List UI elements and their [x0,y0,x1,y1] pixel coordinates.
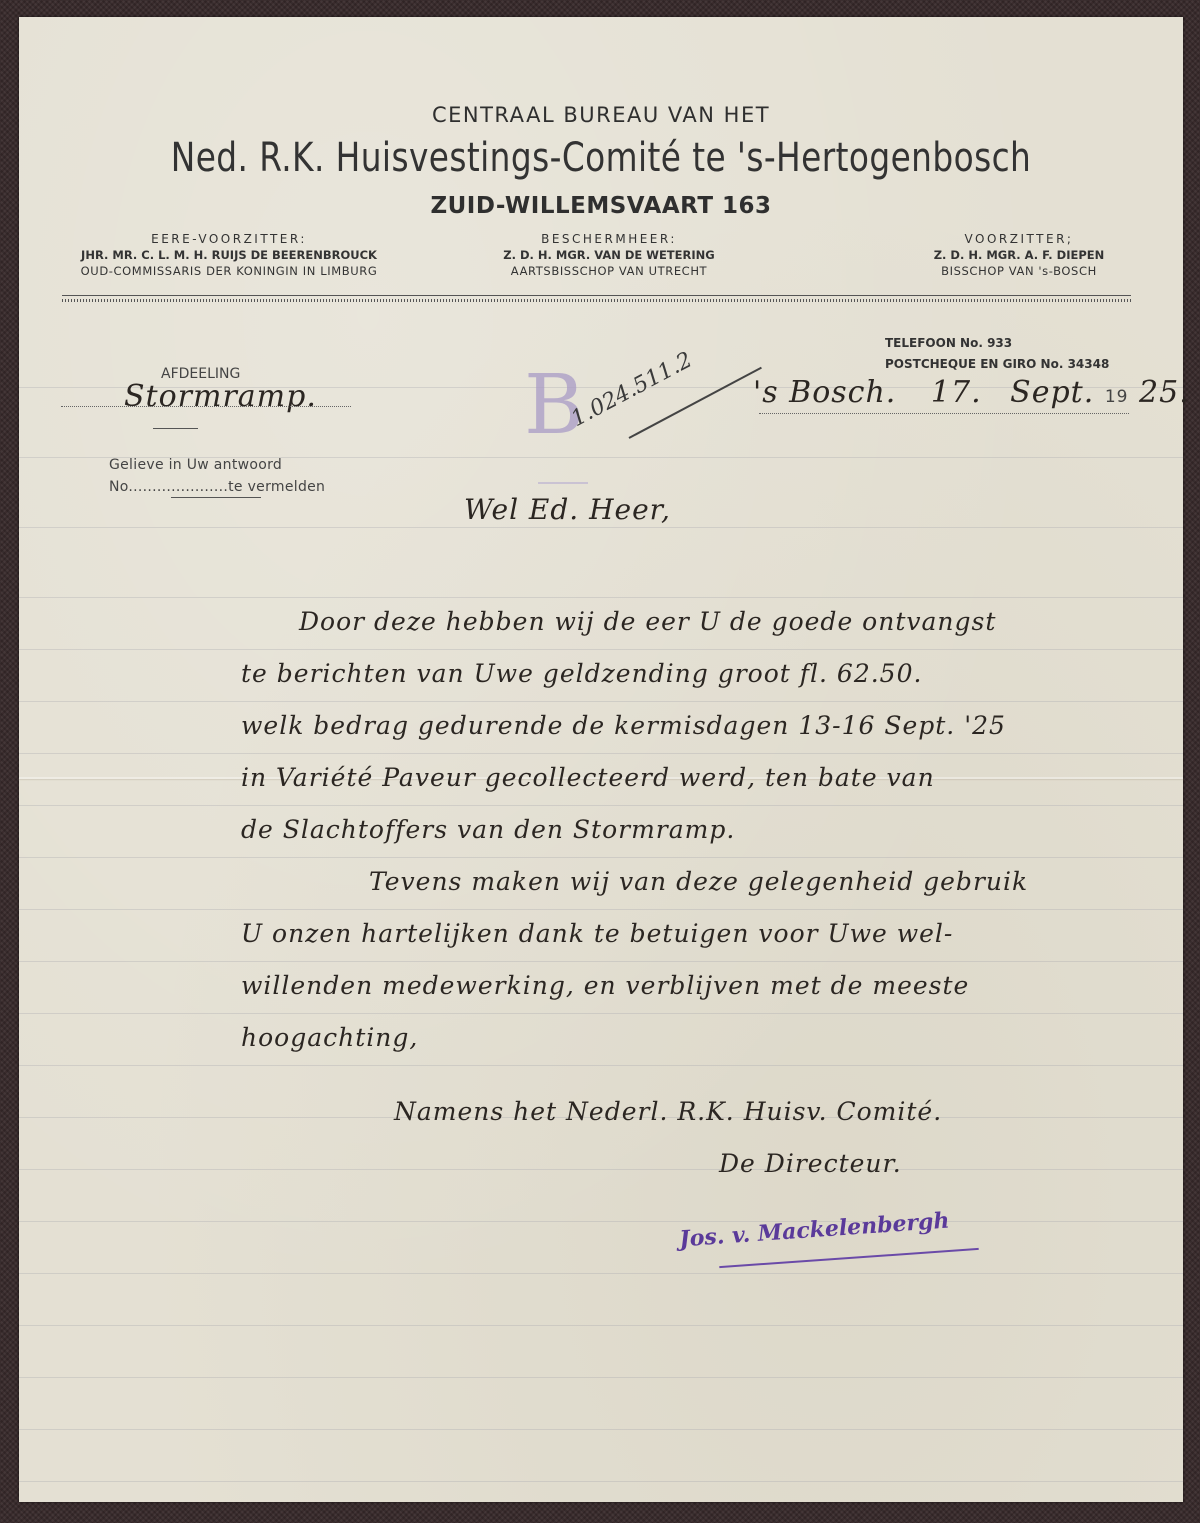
body-line: te berichten van Uwe geldzending groot f… [241,659,922,688]
body-line: U onzen hartelijken dank te betuigen voo… [241,919,953,948]
officer-chair: VOORZITTER; Z. D. H. MGR. A. F. DIEPEN B… [899,232,1139,278]
letterhead-address: ZUID-WILLEMSVAART 163 [19,193,1183,219]
ruling-line [19,1377,1183,1378]
letterhead-divider [62,295,1131,302]
signature: Jos. v. Mackelenbergh [678,1208,950,1253]
ruling-line [19,753,1183,754]
ruling-line [19,649,1183,650]
date-place: 's Bosch. [753,375,896,410]
reference-number: 1.024.511.2 [567,348,696,432]
closing-line1: Namens het Nederl. R.K. Huisv. Comité. [394,1097,942,1126]
officer-title: AARTSBISSCHOP VAN UTRECHT [459,264,759,278]
letter-paper: CENTRAAL BUREAU VAN HET Ned. R.K. Huisve… [19,17,1183,1502]
body-line: welk bedrag gedurende de kermisdagen 13-… [241,711,1006,740]
telephone: TELEFOON No. 933 [885,333,1109,354]
contact-block: TELEFOON No. 933 POSTCHEQUE EN GIRO No. … [885,333,1109,375]
ruling-line [19,1429,1183,1430]
officer-name: Z. D. H. MGR. VAN DE WETERING [459,248,759,262]
signature-underline [719,1248,979,1268]
closing-line2: De Directeur. [719,1149,902,1178]
date-line: 's Bosch. 17. Sept. 19 25. [753,375,1190,410]
reply-instruction: Gelieve in Uw antwoord No...............… [109,454,325,498]
letterhead-line1: CENTRAAL BUREAU VAN HET [19,103,1183,127]
ruling-line [19,1273,1183,1274]
officer-role: BESCHERMHEER: [459,232,759,246]
officer-role: EERE-VOORZITTER: [49,232,409,246]
letterhead-organization: Ned. R.K. Huisvestings-Comité te 's-Hert… [124,135,1078,181]
afdeeling-value: Stormramp. [124,379,317,414]
date-year-prefix: 19 [1105,387,1129,407]
ruling-line [19,805,1183,806]
officer-name: Z. D. H. MGR. A. F. DIEPEN [899,248,1139,262]
short-rule [153,428,198,429]
officer-title: OUD-COMMISSARIS DER KONINGIN IN LIMBURG [49,264,409,278]
body-line: willenden medewerking, en verblijven met… [241,971,969,1000]
date-dotted-line [759,412,1129,414]
officer-patron: BESCHERMHEER: Z. D. H. MGR. VAN DE WETER… [459,232,759,278]
ruling-line [19,701,1183,702]
afdeeling-dotted-line [61,405,351,407]
body-line: Door deze hebben wij de eer U de goede o… [299,607,996,636]
officer-name: JHR. MR. C. L. M. H. RUIJS DE BEERENBROU… [49,248,409,262]
reply-line2: No.....................te vermelden [109,476,325,498]
date-month: Sept. [1010,375,1094,410]
body-line: hoogachting, [241,1023,418,1052]
reply-line1: Gelieve in Uw antwoord [109,454,325,476]
ruling-line [19,1013,1183,1014]
date-year-suffix: 25. [1139,375,1190,410]
ruling-line [19,1325,1183,1326]
ruling-line [19,1221,1183,1222]
ruling-line [19,597,1183,598]
ruling-line [19,1169,1183,1170]
body-line: Tevens maken wij van deze gelegenheid ge… [369,867,1028,896]
short-rule [171,497,261,498]
officer-title: BISSCHOP VAN 's-BOSCH [899,264,1139,278]
ruling-line [19,857,1183,858]
officer-role: VOORZITTER; [899,232,1139,246]
ruling-line [19,1481,1183,1482]
ruling-line [19,909,1183,910]
ruling-line [19,961,1183,962]
body-line: de Slachtoffers van den Stormramp. [241,815,735,844]
ruling-line [19,527,1183,528]
ruling-line [19,1065,1183,1066]
stamp-underline [538,482,588,484]
body-line: in Variété Paveur gecollecteerd werd, te… [241,763,935,792]
date-day: 17. [931,375,982,410]
officer-honorary-chair: EERE-VOORZITTER: JHR. MR. C. L. M. H. RU… [49,232,409,278]
salutation: Wel Ed. Heer, [464,493,671,526]
giro-number: POSTCHEQUE EN GIRO No. 34348 [885,354,1109,375]
